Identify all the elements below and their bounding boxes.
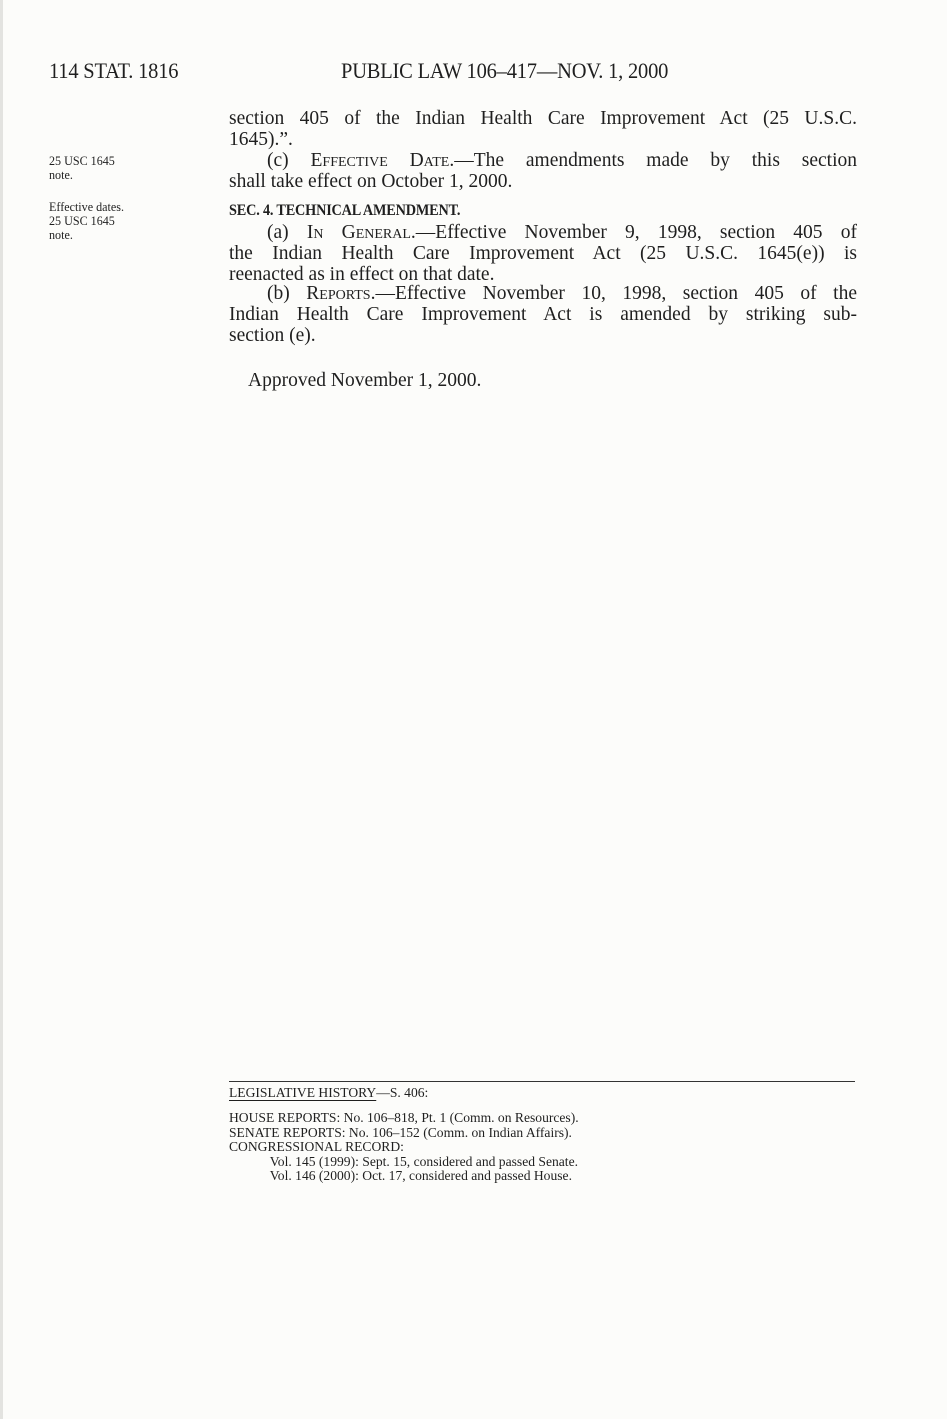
subsection-heading: In General xyxy=(307,222,411,243)
law-title-header: PUBLIC LAW 106–417—NOV. 1, 2000 xyxy=(341,58,668,84)
margin-note-line: 25 USC 1645 xyxy=(49,154,115,168)
text-line: Indian Health Care Improvement Act is am… xyxy=(229,304,857,325)
subsection-heading: Effective Date xyxy=(311,150,450,171)
text-line: (c) Effective Date.—The amendments made … xyxy=(229,150,857,171)
margin-note-effective-dates: Effective dates. 25 USC 1645 note. xyxy=(49,200,124,242)
text-line: (a) In General.—Effective November 9, 19… xyxy=(229,222,857,243)
approval-date: Approved November 1, 2000. xyxy=(248,370,481,392)
subsection-a: (a) In General.—Effective November 9, 19… xyxy=(229,222,857,285)
subsection-b: (b) Reports.—Effective November 10, 1998… xyxy=(229,283,857,346)
margin-note-line: Effective dates. xyxy=(49,200,124,214)
record-entry: Vol. 146 (2000): Oct. 17, considered and… xyxy=(229,1170,579,1185)
record-entry: Vol. 145 (1999): Sept. 15, considered an… xyxy=(229,1156,579,1171)
heading-underlined: LEGISLATIVE HISTORY xyxy=(229,1086,376,1101)
text-line: 1645).”. xyxy=(229,129,857,150)
subsection-heading: Reports xyxy=(306,283,370,304)
margin-note-line: 25 USC 1645 xyxy=(49,214,124,228)
footer-rule xyxy=(229,1081,855,1082)
legislative-history-heading: LEGISLATIVE HISTORY—S. 406: xyxy=(229,1087,428,1102)
legislative-history-list: HOUSE REPORTS: No. 106–818, Pt. 1 (Comm.… xyxy=(229,1112,579,1185)
house-reports: HOUSE REPORTS: No. 106–818, Pt. 1 (Comm.… xyxy=(229,1112,579,1127)
text-line: the Indian Health Care Improvement Act (… xyxy=(229,243,857,264)
text-fragment: .—The amendments made by this section xyxy=(449,150,857,171)
section-heading: SEC. 4. TECHNICAL AMENDMENT. xyxy=(229,200,807,221)
page-edge xyxy=(0,0,3,1419)
senate-reports: SENATE REPORTS: No. 106–152 (Comm. on In… xyxy=(229,1127,579,1142)
text-line: section (e). xyxy=(229,325,857,346)
text-fragment: .—Effective November 10, 1998, section 4… xyxy=(371,283,857,304)
text-line: section 405 of the Indian Health Care Im… xyxy=(229,108,857,129)
subsection-c: (c) Effective Date.—The amendments made … xyxy=(229,150,857,192)
subsection-label: (a) xyxy=(267,222,307,243)
text-line: shall take effect on October 1, 2000. xyxy=(229,171,857,192)
text-line: reenacted as in effect on that date. xyxy=(229,264,857,285)
text-line: (b) Reports.—Effective November 10, 1998… xyxy=(229,283,857,304)
congressional-record: CONGRESSIONAL RECORD: xyxy=(229,1141,579,1156)
margin-note-line: note. xyxy=(49,228,124,242)
text-fragment: .—Effective November 9, 1998, section 40… xyxy=(411,222,857,243)
heading-bill: —S. 406: xyxy=(376,1086,428,1101)
subsection-label: (c) xyxy=(267,150,311,171)
continued-text: section 405 of the Indian Health Care Im… xyxy=(229,108,857,150)
stat-page-number: 114 STAT. 1816 xyxy=(49,58,178,84)
margin-note-usc: 25 USC 1645 note. xyxy=(49,154,115,182)
subsection-label: (b) xyxy=(267,283,306,304)
margin-note-line: note. xyxy=(49,168,115,182)
